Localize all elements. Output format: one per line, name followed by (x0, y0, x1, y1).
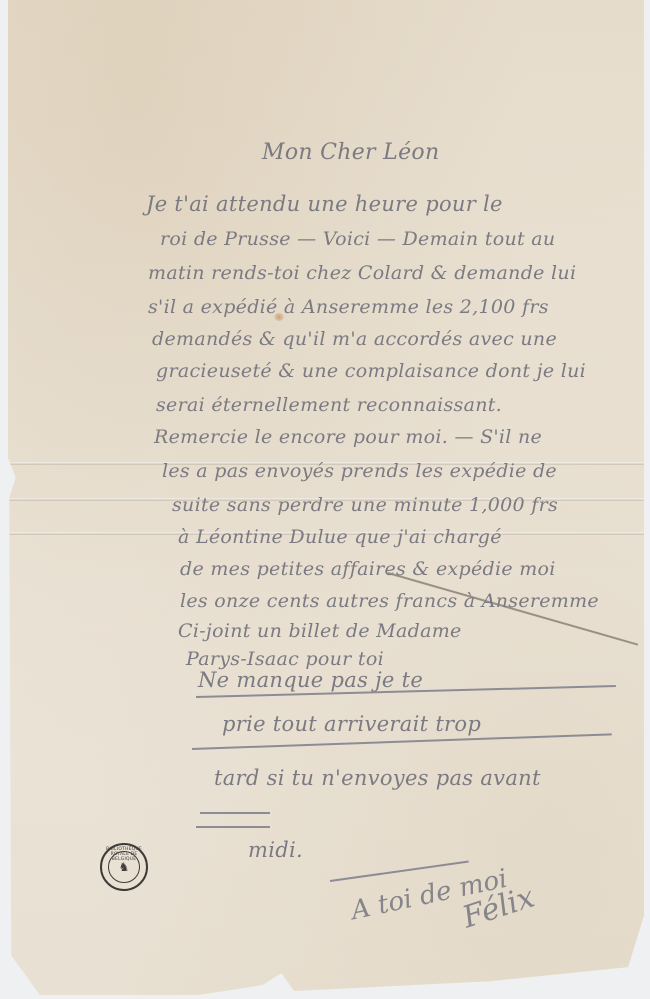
postscript-line-1: Ne manque pas je te (198, 668, 423, 692)
lion-emblem-icon: ♞ (119, 860, 130, 874)
body-line-15: Parys-Isaac pour toi (186, 648, 384, 670)
body-line-4: s'il a expédié à Anseremme les 2,100 frs (148, 296, 549, 318)
body-line-7: serai éternellement reconnaissant. (156, 394, 502, 416)
body-line-13: les onze cents autres francs à Anseremme (180, 590, 599, 612)
postscript-line-2: prie tout arriverait trop (222, 712, 481, 736)
body-line-1: Je t'ai attendu une heure pour le (146, 192, 503, 216)
library-stamp: BIBLIOTHÈQUE ROYALE DE BELGIQUE ♞ (100, 843, 148, 891)
body-line-14: Ci-joint un billet de Madame (178, 620, 462, 642)
body-line-9: les a pas envoyés prends les expédie de (162, 460, 557, 482)
body-line-5: demandés & qu'il m'a accordés avec une (152, 328, 557, 350)
letter-greeting: Mon Cher Léon (262, 140, 439, 165)
body-line-11: à Léontine Dulue que j'ai chargé (178, 526, 502, 548)
body-line-6: gracieuseté & une complaisance dont je l… (156, 360, 586, 382)
body-line-3: matin rends-toi chez Colard & demande lu… (148, 262, 576, 284)
body-line-8: Remercie le encore pour moi. — S'il ne (154, 426, 542, 448)
stamp-label: BIBLIOTHÈQUE ROYALE DE BELGIQUE (102, 847, 146, 862)
body-line-2: roi de Prusse — Voici — Demain tout au (160, 228, 555, 250)
body-line-10: suite sans perdre une minute 1,000 frs (172, 494, 558, 516)
scan-canvas: Mon Cher Léon Je t'ai attendu une heure … (0, 0, 650, 999)
postscript-underline-4 (196, 826, 270, 828)
postscript-line-3: tard si tu n'envoyes pas avant (214, 766, 541, 790)
postscript-line-4: midi. (248, 838, 303, 862)
body-line-12: de mes petites affaires & expédie moi (180, 558, 556, 580)
postscript-underline-3 (200, 812, 270, 814)
